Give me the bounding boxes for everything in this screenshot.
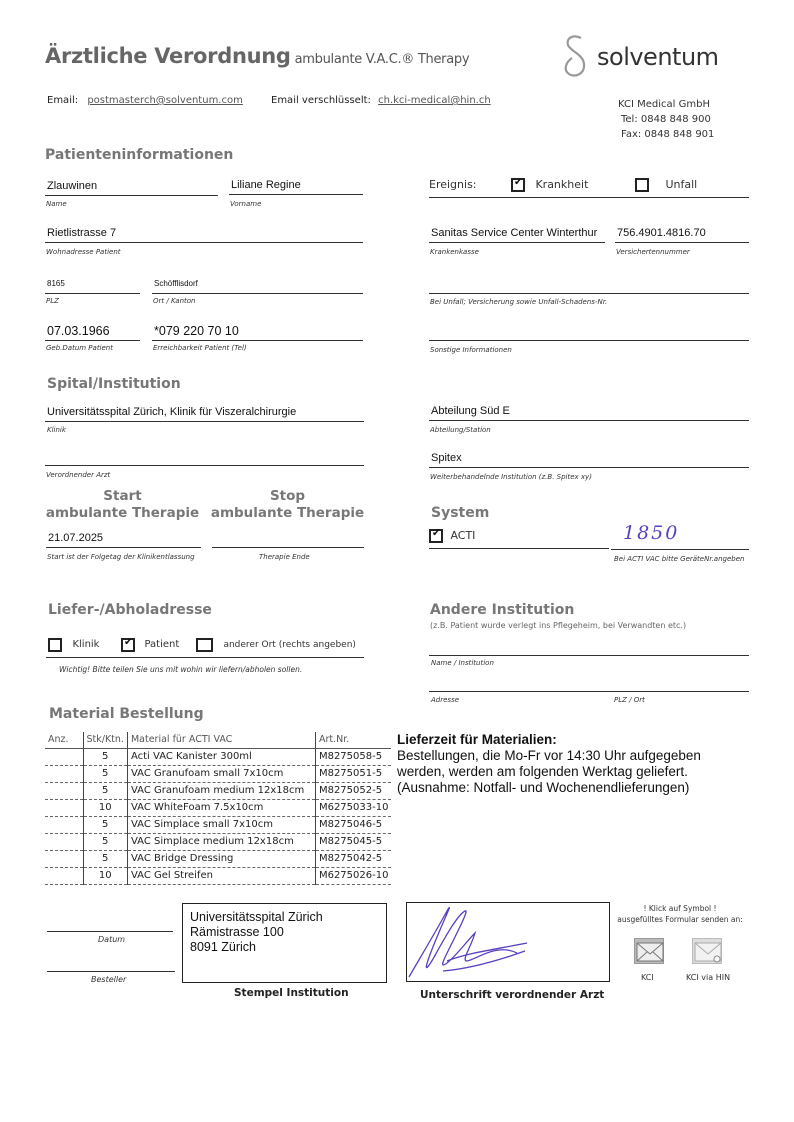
stamp-line3: 8091 Zürich bbox=[190, 940, 379, 955]
stamp-line2: Rämistrasse 100 bbox=[190, 925, 379, 940]
patient-plz-label: PLZ bbox=[46, 297, 59, 305]
stop-heading-line2: ambulante Therapie bbox=[210, 505, 365, 522]
other-info-label: Sonstige Informationen bbox=[430, 346, 512, 354]
stk-cell: 5 bbox=[83, 748, 127, 765]
anz-cell[interactable] bbox=[45, 833, 83, 850]
patient-birthdate-label: Geb.Datum Patient bbox=[46, 344, 113, 352]
company-fax: Fax: 0848 848 901 bbox=[618, 127, 714, 142]
patient-plz-field[interactable]: 8165 bbox=[45, 276, 140, 294]
doctor-label: Verordnender Arzt bbox=[46, 471, 110, 479]
delivery-note: Wichtig! Bitte teilen Sie uns mit wohin … bbox=[59, 665, 302, 674]
department-label: Abteilung/Station bbox=[430, 426, 491, 434]
send-info: ! Klick auf Symbol ! ausgefülltes Formul… bbox=[615, 903, 745, 925]
signature-label: Unterschrift verordnender Arzt bbox=[420, 989, 604, 1001]
stk-cell: 5 bbox=[83, 782, 127, 799]
device-number-label: Bei ACTI VAC bitte GeräteNr.angeben bbox=[614, 555, 744, 563]
solventum-s-icon bbox=[563, 34, 589, 80]
anz-cell[interactable] bbox=[45, 850, 83, 867]
email-link[interactable]: postmasterch@solventum.com bbox=[87, 95, 243, 106]
patient-address-field[interactable]: Rietlistrasse 7 bbox=[45, 225, 363, 243]
table-row: 10VAC Gel StreifenM6275026-10 bbox=[45, 867, 391, 884]
department-field[interactable]: Abteilung Süd E bbox=[429, 403, 749, 421]
accident-info-field[interactable] bbox=[429, 276, 749, 294]
stk-cell: 10 bbox=[83, 799, 127, 816]
materials-header-row: Anz. Stk/Ktn. Material für ACTI VAC Art.… bbox=[45, 732, 391, 748]
insurer-label: Krankenkasse bbox=[430, 248, 479, 256]
material-cell: VAC Gel Streifen bbox=[127, 867, 315, 884]
stk-cell: 10 bbox=[83, 867, 127, 884]
orderer-line[interactable] bbox=[47, 971, 175, 972]
doctor-field[interactable] bbox=[45, 448, 364, 466]
patient-checkbox[interactable] bbox=[121, 638, 135, 652]
solventum-logo: solventum bbox=[563, 34, 719, 80]
anz-cell[interactable] bbox=[45, 816, 83, 833]
table-row: 5VAC Granufoam medium 12x18cmM8275052-5 bbox=[45, 782, 391, 799]
event-label: Ereignis: bbox=[429, 178, 477, 191]
patient-firstname-field[interactable]: Liliane Regine bbox=[229, 177, 363, 195]
stop-heading-line1: Stop bbox=[210, 488, 365, 505]
patient-ort-field[interactable]: Schöfflisdorf bbox=[152, 276, 363, 294]
other-institution-address-field[interactable] bbox=[429, 674, 749, 692]
art-cell: M8275042-5 bbox=[315, 850, 391, 867]
logo-text: solventum bbox=[597, 43, 719, 71]
date-line[interactable] bbox=[47, 931, 173, 932]
stop-therapy-heading: Stop ambulante Therapie bbox=[210, 488, 365, 522]
send-hin-mail-icon[interactable] bbox=[692, 938, 722, 964]
send-line2: ausgefülltes Formular senden an: bbox=[615, 914, 745, 925]
accident-info-label: Bei Unfall; Versicherung sowie Unfall-Sc… bbox=[430, 298, 607, 306]
company-name: KCI Medical GmbH bbox=[618, 97, 714, 112]
other-institution-name-field[interactable] bbox=[429, 638, 749, 656]
system-acti-option[interactable]: ACTI bbox=[429, 527, 609, 549]
encrypted-email-link[interactable]: ch.kci-medical@hin.ch bbox=[378, 95, 491, 106]
table-row: 5VAC Bridge DressingM8275042-5 bbox=[45, 850, 391, 867]
table-row: 5VAC Simplace medium 12x18cmM8275045-5 bbox=[45, 833, 391, 850]
stk-cell: 5 bbox=[83, 816, 127, 833]
system-heading: System bbox=[431, 505, 489, 521]
clinic-field[interactable]: Universitätsspital Zürich, Klinik für Vi… bbox=[45, 404, 364, 422]
acti-label: ACTI bbox=[450, 529, 475, 542]
material-cell: VAC Granufoam medium 12x18cm bbox=[127, 782, 315, 799]
send-hin-label: KCI via HIN bbox=[686, 973, 730, 982]
stk-cell: 5 bbox=[83, 850, 127, 867]
company-tel: Tel: 0848 848 900 bbox=[618, 112, 714, 127]
art-cell: M6275033-10 bbox=[315, 799, 391, 816]
orderer-label: Besteller bbox=[91, 975, 126, 984]
delivery-options: Klinik Patient anderer Ort (rechts angeb… bbox=[46, 636, 364, 658]
material-cell: VAC Granufoam small 7x10cm bbox=[127, 765, 315, 782]
table-row: 5VAC Granufoam small 7x10cmM8275051-5 bbox=[45, 765, 391, 782]
delivery-patient-option[interactable]: Patient bbox=[121, 636, 179, 654]
insured-number-field[interactable]: 756.4901.4816.70 bbox=[615, 225, 749, 243]
therapy-end-field[interactable] bbox=[212, 530, 364, 548]
start-heading-line2: ambulante Therapie bbox=[45, 505, 200, 522]
col-material: Material für ACTI VAC bbox=[127, 732, 315, 748]
other-institution-name-label: Name / Institution bbox=[431, 659, 494, 667]
stk-cell: 5 bbox=[83, 765, 127, 782]
form-subtitle: ambulante V.A.C.® Therapy bbox=[295, 52, 470, 67]
art-cell: M8275058-5 bbox=[315, 748, 391, 765]
encrypted-email-row: Email verschlüsselt: ch.kci-medical@hin.… bbox=[271, 95, 491, 106]
patient-heading: Patienteninformationen bbox=[45, 147, 233, 163]
anz-cell[interactable] bbox=[45, 799, 83, 816]
unfall-checkbox[interactable] bbox=[635, 178, 649, 192]
company-info: KCI Medical GmbH Tel: 0848 848 900 Fax: … bbox=[618, 97, 714, 142]
table-row: 5Acti VAC Kanister 300mlM8275058-5 bbox=[45, 748, 391, 765]
patient-phone-field[interactable]: *079 220 70 10 bbox=[152, 323, 363, 341]
email-label: Email: bbox=[47, 95, 78, 106]
delivery-other-option[interactable]: anderer Ort (rechts angeben) bbox=[196, 636, 356, 654]
materials-heading: Material Bestellung bbox=[49, 706, 204, 722]
art-cell: M8275052-5 bbox=[315, 782, 391, 799]
start-heading-line1: Start bbox=[45, 488, 200, 505]
anz-cell[interactable] bbox=[45, 765, 83, 782]
other-location-label: anderer Ort (rechts angeben) bbox=[223, 640, 355, 650]
encrypted-email-label: Email verschlüsselt: bbox=[271, 95, 371, 106]
delivery-time-line1: Bestellungen, die Mo-Fr vor 14:30 Uhr au… bbox=[397, 748, 701, 764]
anz-cell[interactable] bbox=[45, 748, 83, 765]
send-line1: ! Klick auf Symbol ! bbox=[615, 903, 745, 914]
date-label: Datum bbox=[98, 935, 125, 944]
other-location-checkbox[interactable] bbox=[196, 638, 213, 652]
follow-up-field[interactable]: Spitex bbox=[429, 450, 749, 468]
therapy-end-label: Therapie Ende bbox=[259, 553, 310, 561]
delivery-time-heading: Lieferzeit für Materialien: bbox=[397, 732, 557, 747]
stamp-box: Universitätsspital Zürich Rämistrasse 10… bbox=[182, 903, 387, 983]
other-info-field[interactable] bbox=[429, 323, 749, 341]
delivery-time-line2: werden, werden am folgenden Werktag geli… bbox=[397, 764, 701, 780]
art-cell: M8275046-5 bbox=[315, 816, 391, 833]
event-krankheit-option[interactable]: Krankheit bbox=[511, 176, 588, 194]
patient-name-field[interactable]: Zlauwinen bbox=[45, 178, 218, 196]
delivery-klinik-option[interactable]: Klinik bbox=[48, 636, 99, 654]
event-row: Ereignis: Krankheit Unfall bbox=[429, 176, 749, 198]
anz-cell[interactable] bbox=[45, 867, 83, 884]
follow-up-label: Weiterbehandelnde Institution (z.B. Spit… bbox=[430, 473, 592, 481]
signature-box[interactable] bbox=[406, 902, 610, 982]
clinic-label: Klinik bbox=[47, 426, 66, 434]
patient-label: Patient bbox=[144, 639, 179, 650]
other-institution-heading: Andere Institution bbox=[430, 602, 574, 618]
patient-firstname-label: Vorname bbox=[230, 200, 261, 208]
event-unfall-option[interactable]: Unfall bbox=[635, 176, 697, 194]
material-cell: VAC Bridge Dressing bbox=[127, 850, 315, 867]
patient-name-label: Name bbox=[46, 200, 67, 208]
send-kci-mail-icon[interactable] bbox=[634, 938, 664, 964]
other-institution-subheading: (z.B. Patient wurde verlegt ins Pflegehe… bbox=[430, 621, 686, 630]
delivery-time-line3: (Ausnahme: Notfall- und Wochenendlieferu… bbox=[397, 780, 701, 796]
form-title: Ärztliche Verordnungambulante V.A.C.® Th… bbox=[45, 44, 469, 68]
other-institution-plz-label: PLZ / Ort bbox=[614, 696, 645, 704]
send-kci-label: KCI bbox=[641, 973, 654, 982]
title-text: Ärztliche Verordnung bbox=[45, 44, 291, 68]
table-row: 5VAC Simplace small 7x10cmM8275046-5 bbox=[45, 816, 391, 833]
patient-address-label: Wohnadresse Patient bbox=[46, 248, 121, 256]
materials-body: 5Acti VAC Kanister 300mlM8275058-55VAC G… bbox=[45, 748, 391, 884]
col-anz: Anz. bbox=[45, 732, 83, 748]
other-institution-address-label: Adresse bbox=[431, 696, 459, 704]
insurer-field[interactable]: Sanitas Service Center Winterthur bbox=[429, 225, 605, 243]
col-art: Art.Nr. bbox=[315, 732, 391, 748]
klinik-checkbox[interactable] bbox=[48, 638, 62, 652]
delivery-time-info: Lieferzeit für Materialien: Bestellungen… bbox=[397, 732, 701, 796]
unfall-label: Unfall bbox=[665, 178, 697, 191]
therapy-start-label: Start ist der Folgetag der Klinikentlass… bbox=[47, 553, 195, 561]
email-row: Email: postmasterch@solventum.com bbox=[47, 95, 243, 106]
signature-scribble bbox=[407, 903, 611, 983]
table-row: 10VAC WhiteFoam 7.5x10cmM6275033-10 bbox=[45, 799, 391, 816]
krankheit-checkbox[interactable] bbox=[511, 178, 525, 192]
stk-cell: 5 bbox=[83, 833, 127, 850]
material-cell: Acti VAC Kanister 300ml bbox=[127, 748, 315, 765]
stamp-line1: Universitätsspital Zürich bbox=[190, 910, 379, 925]
col-stk: Stk/Ktn. bbox=[83, 732, 127, 748]
delivery-heading: Liefer-/Abholadresse bbox=[48, 602, 212, 618]
klinik-label: Klinik bbox=[72, 639, 99, 650]
acti-checkbox[interactable] bbox=[429, 529, 443, 543]
art-cell: M6275026-10 bbox=[315, 867, 391, 884]
institution-heading: Spital/Institution bbox=[47, 376, 181, 392]
therapy-start-field[interactable]: 21.07.2025 bbox=[46, 530, 201, 548]
art-cell: M8275045-5 bbox=[315, 833, 391, 850]
patient-ort-label: Ort / Kanton bbox=[153, 297, 195, 305]
start-therapy-heading: Start ambulante Therapie bbox=[45, 488, 200, 522]
patient-birthdate-field[interactable]: 07.03.1966 bbox=[45, 323, 140, 341]
materials-table: Anz. Stk/Ktn. Material für ACTI VAC Art.… bbox=[45, 732, 391, 885]
insured-number-label: Versichertennummer bbox=[616, 248, 690, 256]
device-number-field[interactable]: 1850 bbox=[611, 522, 749, 550]
patient-phone-label: Erreichbarkeit Patient (Tel) bbox=[153, 344, 247, 352]
krankheit-label: Krankheit bbox=[535, 178, 588, 191]
material-cell: VAC Simplace small 7x10cm bbox=[127, 816, 315, 833]
material-cell: VAC WhiteFoam 7.5x10cm bbox=[127, 799, 315, 816]
stamp-label: Stempel Institution bbox=[234, 987, 349, 999]
art-cell: M8275051-5 bbox=[315, 765, 391, 782]
anz-cell[interactable] bbox=[45, 782, 83, 799]
material-cell: VAC Simplace medium 12x18cm bbox=[127, 833, 315, 850]
